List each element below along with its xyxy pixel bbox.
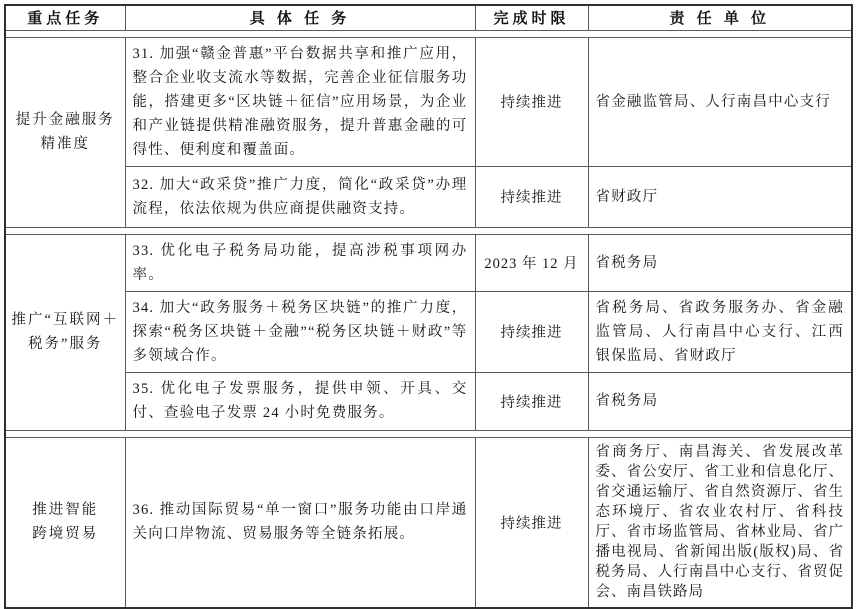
- deadline-cell-32: 持续推进: [475, 166, 588, 227]
- key-task-cell: 推广“互联网＋ 税务”服务: [6, 234, 125, 430]
- task-cell-33: 33. 优化电子税务局功能，提高涉税事项网办率。: [125, 234, 475, 291]
- table-row: 35. 优化电子发票服务，提供申领、开具、交付、查验电子发票 24 小时免费服务…: [6, 372, 851, 430]
- units-cell-33: 省税务局: [588, 234, 851, 291]
- table-row: 34. 加大“政务服务＋税务区块链”的推广力度，探索“税务区块链＋金融”“税务区…: [6, 291, 851, 372]
- units-cell-32: 省财政厅: [588, 166, 851, 227]
- units-cell-36: 省商务厅、南昌海关、省发展改革委、省公安厅、省工业和信息化厅、省交通运输厅、省自…: [588, 437, 851, 607]
- task-group-finance-precision: 提升金融服务 精准度 31. 加强“赣金普惠”平台数据共享和推广应用，整合企业收…: [6, 37, 851, 228]
- task-cell-32: 32. 加大“政采贷”推广力度，简化“政采贷”办理流程，依法依规为供应商提供融资…: [125, 166, 475, 227]
- table-row: 推进智能 跨境贸易 36. 推动国际贸易“单一窗口”服务功能由口岸通关向口岸物流…: [6, 437, 851, 607]
- task-group-internet-tax: 推广“互联网＋ 税务”服务 33. 优化电子税务局功能，提高涉税事项网办率。 2…: [6, 234, 851, 431]
- units-cell-35: 省税务局: [588, 372, 851, 430]
- table-header: 重点任务 具 体 任 务 完成时限 责 任 单 位: [6, 6, 851, 31]
- header-cell-task: 具 体 任 务: [125, 6, 475, 30]
- table-row: 推广“互联网＋ 税务”服务 33. 优化电子税务局功能，提高涉税事项网办率。 2…: [6, 234, 851, 291]
- key-task-cell: 提升金融服务 精准度: [6, 37, 125, 227]
- task-table: 重点任务 具 体 任 务 完成时限 责 任 单 位 提升金融服务 精准度 31.…: [4, 4, 853, 609]
- deadline-cell-35: 持续推进: [475, 372, 588, 430]
- task-group-smart-crossborder-trade: 推进智能 跨境贸易 36. 推动国际贸易“单一窗口”服务功能由口岸通关向口岸物流…: [6, 437, 851, 608]
- deadline-cell-34: 持续推进: [475, 291, 588, 372]
- task-cell-34: 34. 加大“政务服务＋税务区块链”的推广力度，探索“税务区块链＋金融”“税务区…: [125, 291, 475, 372]
- units-cell-31: 省金融监管局、人行南昌中心支行: [588, 37, 851, 166]
- header-row: 重点任务 具 体 任 务 完成时限 责 任 单 位: [6, 6, 851, 30]
- task-cell-35: 35. 优化电子发票服务，提供申领、开具、交付、查验电子发票 24 小时免费服务…: [125, 372, 475, 430]
- deadline-cell-36: 持续推进: [475, 437, 588, 607]
- task-cell-36: 36. 推动国际贸易“单一窗口”服务功能由口岸通关向口岸物流、贸易服务等全链条拓…: [125, 437, 475, 607]
- header-cell-units: 责 任 单 位: [588, 6, 851, 30]
- table-row: 提升金融服务 精准度 31. 加强“赣金普惠”平台数据共享和推广应用，整合企业收…: [6, 37, 851, 166]
- units-cell-34: 省税务局、省政务服务办、省金融监管局、人行南昌中心支行、江西银保监局、省财政厅: [588, 291, 851, 372]
- deadline-cell-31: 持续推进: [475, 37, 588, 166]
- task-cell-31: 31. 加强“赣金普惠”平台数据共享和推广应用，整合企业收支流水等数据，完善企业…: [125, 37, 475, 166]
- deadline-cell-33: 2023 年 12 月: [475, 234, 588, 291]
- header-cell-deadline: 完成时限: [475, 6, 588, 30]
- key-task-cell: 推进智能 跨境贸易: [6, 437, 125, 607]
- header-cell-key-task: 重点任务: [6, 6, 125, 30]
- table-row: 32. 加大“政采贷”推广力度，简化“政采贷”办理流程，依法依规为供应商提供融资…: [6, 166, 851, 227]
